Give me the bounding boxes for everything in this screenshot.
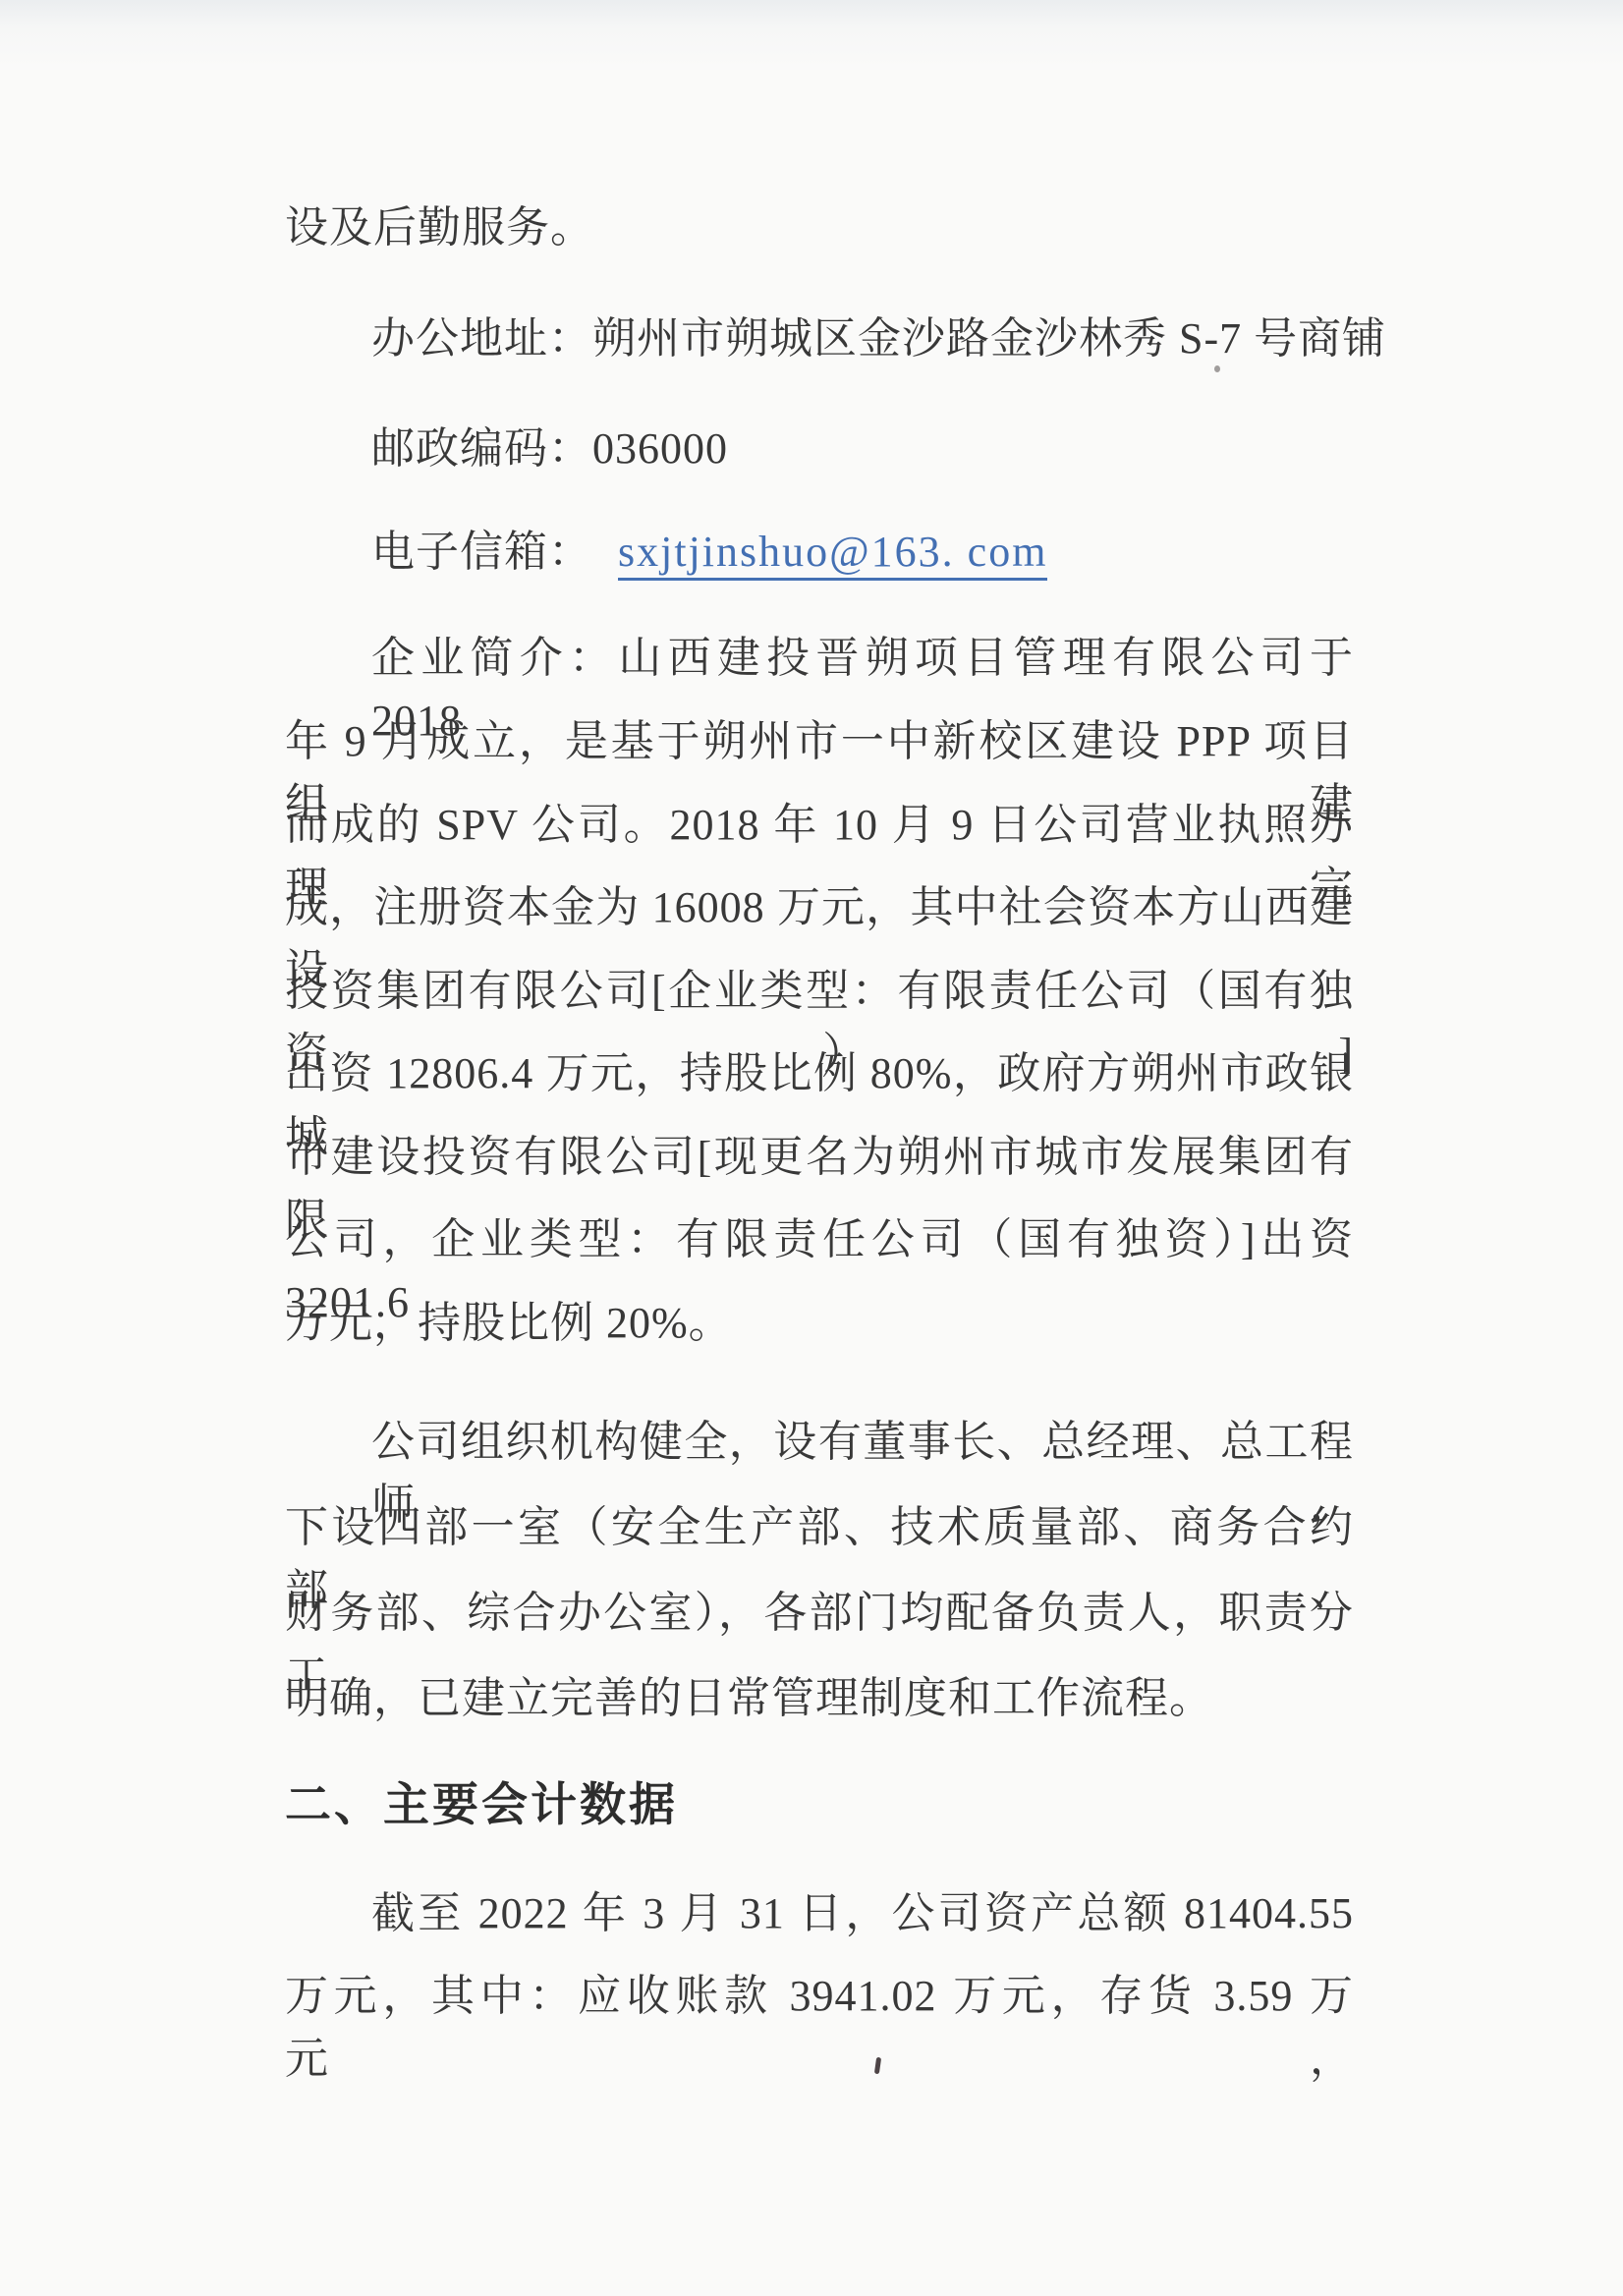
company-profile-line-2: 年 9 月成立，是基于朔州市一中新校区建设 PPP 项目组建 [285, 710, 1354, 773]
company-profile-line-1: 企业简介：山西建投晋朔项目管理有限公司于 2018 [371, 627, 1354, 690]
organization-line-2: 下设四部一室（安全生产部、技术质量部、商务合约部、 [285, 1496, 1354, 1559]
company-profile-line-7: 市建设投资有限公司[现更名为朔州市城市发展集团有限 [285, 1126, 1354, 1189]
section-heading-accounting-data: 二、主要会计数据 [285, 1773, 1354, 1836]
scanned-document-page: 设及后勤服务。 办公地址：朔州市朔城区金沙路金沙林秀 S-7 号商铺 邮政编码：… [0, 0, 1623, 2296]
company-profile-line-8: 公司，企业类型：有限责任公司（国有独资）]出资 3201.6 [285, 1208, 1354, 1271]
organization-line-3: 财务部、综合办公室），各部门均配备负责人，职责分工 [285, 1582, 1354, 1645]
scan-artifact-speck [1214, 365, 1220, 372]
company-profile-line-6: 出资 12806.4 万元，持股比例 80%，政府方朔州市政银城 [285, 1042, 1354, 1105]
accounting-line-1: 截至 2022 年 3 月 31 日，公司资产总额 81404.55 [371, 1882, 1354, 1945]
accounting-line-2: 万元，其中：应收账款 3941.02 万元，存货 3.59 万元， [285, 1965, 1354, 2028]
organization-line-4: 明确，已建立完善的日常管理制度和工作流程。 [285, 1667, 1354, 1730]
scan-smudge-top [0, 0, 1623, 69]
company-profile-line-3: 而成的 SPV 公司。2018 年 10 月 9 日公司营业执照办理完 [285, 794, 1354, 857]
company-profile-line-9: 万元，持股比例 20%。 [285, 1292, 1354, 1355]
organization-line-1: 公司组织机构健全，设有董事长、总经理、总工程师， [371, 1411, 1354, 1474]
postal-code-line: 邮政编码：036000 [371, 418, 1354, 480]
email-line: 电子信箱：sxjtjinshuo@163. com [371, 521, 1354, 584]
office-address-line: 办公地址：朔州市朔城区金沙路金沙林秀 S-7 号商铺 [371, 308, 1354, 370]
company-profile-line-5: 投资集团有限公司[企业类型：有限责任公司（国有独资）] [285, 960, 1354, 1023]
company-profile-line-4: 成，注册资本金为 16008 万元，其中社会资本方山西建设 [285, 876, 1354, 939]
body-line-1: 设及后勤服务。 [285, 196, 1354, 259]
email-link[interactable]: sxjtjinshuo@163. com [618, 528, 1047, 581]
email-label: 电子信箱： [371, 528, 592, 576]
